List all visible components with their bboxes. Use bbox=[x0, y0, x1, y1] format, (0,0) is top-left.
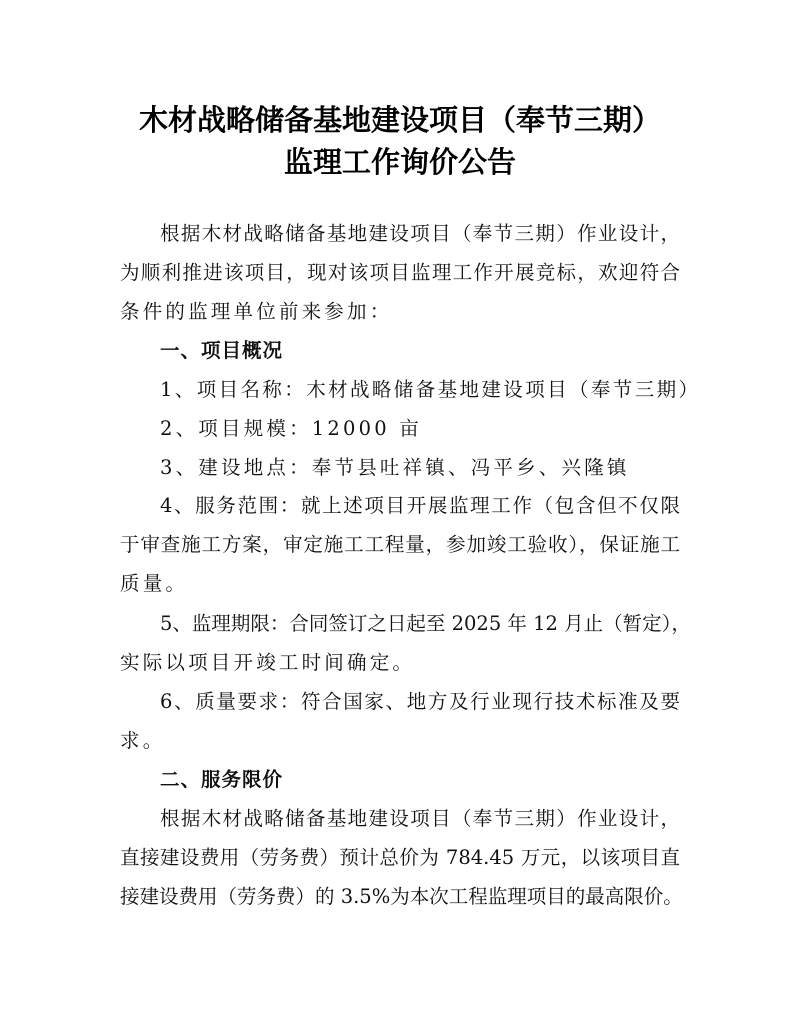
item-4-line-1: 4、服务范围：就上述项目开展监理工作（包含但不仅限 bbox=[160, 494, 680, 518]
intro-line-1: 根据木材战略储备基地建设项目（奉节三期）作业设计， bbox=[160, 222, 680, 246]
document-page: 木材战略储备基地建设项目（奉节三期） 监理工作询价公告 根据木材战略储备基地建设… bbox=[0, 0, 800, 1035]
item-6-line-2: 求。 bbox=[120, 729, 680, 753]
item-4-line-2: 于审查施工方案，审定施工工程量，参加竣工验收），保证施工 bbox=[120, 533, 680, 557]
title-line-1: 木材战略储备基地建设项目（奉节三期） bbox=[0, 98, 800, 139]
intro-line-2: 为顺利推进该项目，现对该项目监理工作开展竞标，欢迎符合 bbox=[120, 261, 680, 285]
item-4-line-3: 质量。 bbox=[120, 572, 680, 596]
item-1: 1、项目名称：木材战略储备基地建设项目（奉节三期） bbox=[160, 378, 680, 402]
section-1-heading: 一、项目概况 bbox=[160, 339, 680, 363]
item-6-line-1: 6、质量要求：符合国家、地方及行业现行技术标准及要 bbox=[160, 690, 680, 714]
item-2: 2、项目规模：12000 亩 bbox=[160, 417, 680, 441]
item-5-line-2: 实际以项目开竣工时间确定。 bbox=[120, 651, 680, 675]
item-3: 3、建设地点：奉节县吐祥镇、冯平乡、兴隆镇 bbox=[160, 456, 680, 480]
section-2-line-2: 直接建设费用（劳务费）预计总价为 784.45 万元，以该项目直 bbox=[120, 846, 680, 870]
section-2-line-3: 接建设费用（劳务费）的 3.5%为本次工程监理项目的最高限价。 bbox=[120, 885, 680, 909]
title-line-2: 监理工作询价公告 bbox=[0, 140, 800, 181]
section-2-heading: 二、服务限价 bbox=[160, 768, 680, 792]
item-5-line-1: 5、监理期限：合同签订之日起至 2025 年 12 月止（暂定）， bbox=[160, 612, 680, 636]
intro-line-3: 条件的监理单位前来参加： bbox=[120, 300, 680, 324]
section-2-line-1: 根据木材战略储备基地建设项目（奉节三期）作业设计， bbox=[160, 807, 680, 831]
